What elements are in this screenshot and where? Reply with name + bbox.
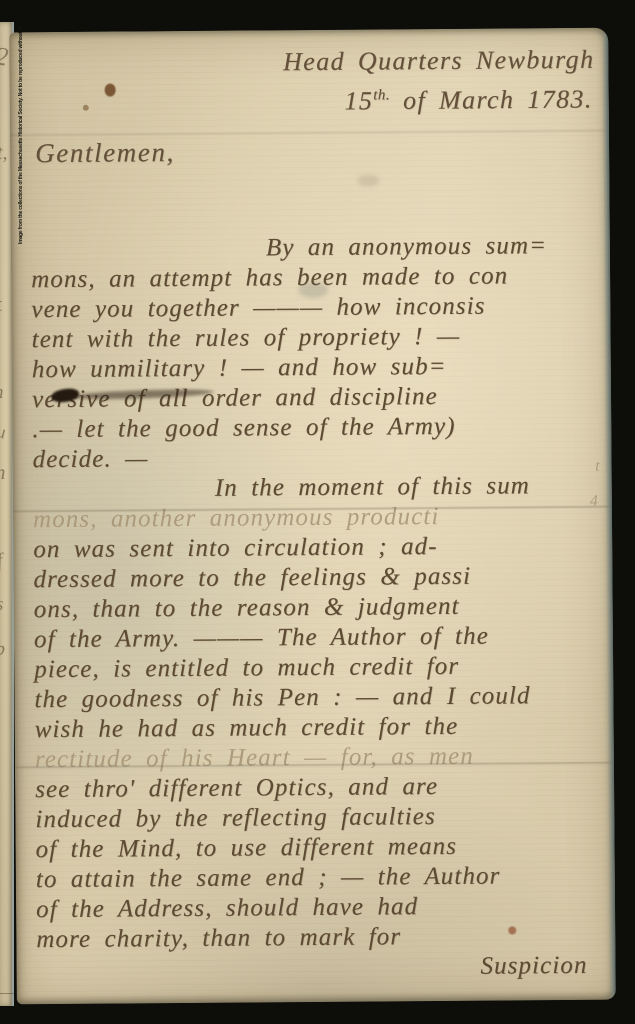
letter-line: how unmilitary ! — and how sub= [32, 351, 603, 385]
ink-fragment: t [0, 292, 3, 317]
paper-crease [10, 130, 609, 137]
letter-line: induced by the reflecting faculties [35, 801, 606, 835]
ink-fragment: b [0, 638, 6, 662]
letter-line: of the Mind, to use different means [35, 831, 606, 865]
photograph-background: 2 t, t n u h f s b — Image from the coll… [0, 0, 635, 1024]
showthrough-mark: 4 [590, 493, 598, 511]
photo-credit-text: Image from the collections of the Massac… [15, 26, 27, 244]
letter-line: piece, is entitled to much credit for [34, 651, 605, 685]
letter-line: dressed more to the feelings & passi [33, 561, 604, 595]
heading-date-day: 15 [344, 86, 373, 115]
catchword: Suspicion [36, 951, 607, 985]
letter-line: .— let the good sense of the Army) [32, 411, 603, 445]
heading-date-ordinal: th. [373, 87, 390, 103]
letter-line: of the Address, should have had [36, 891, 607, 925]
manuscript-page: Head Quarters Newburgh 15th. of March 17… [9, 28, 616, 1005]
stain [357, 174, 379, 186]
letter-line-faded: rectitude of his Heart — for, as men [35, 741, 606, 775]
stain [508, 926, 516, 934]
letter-line: tent with the rules of propriety ! — [31, 321, 602, 355]
letter-line: decide. — [32, 441, 603, 475]
letter-line: wish he had as much credit for the [35, 711, 606, 745]
photo-credit-strip: Image from the collections of the Massac… [13, 26, 27, 244]
ink-fragment: u [0, 422, 6, 445]
salutation: Gentlemen, [35, 137, 175, 169]
showthrough-mark: t [595, 458, 600, 476]
letter-line: In the moment of this sum [33, 471, 604, 505]
letter-heading: Head Quarters Newburgh 15th. of March 17… [9, 42, 595, 121]
letter-line: to attain the same end ; — the Author [36, 861, 607, 895]
ink-fragment: s [0, 594, 3, 616]
heading-date-rest: of March 1783. [403, 84, 593, 114]
letter-line: more charity, than to mark for [36, 921, 607, 955]
letter-line: the goodness of his Pen : — and I could [34, 681, 605, 715]
ink-fragment: f [0, 550, 4, 574]
letter-body: By an anonymous sum= mons, an attempt ha… [31, 231, 608, 985]
ink-fragment: t, [0, 142, 8, 165]
letter-line: ons, than to the reason & judgment [34, 591, 605, 625]
heading-place: Head Quarters Newburgh [9, 42, 594, 82]
letter-line: on was sent into circulation ; ad- [33, 531, 604, 565]
letter-line: By an anonymous sum= [31, 231, 602, 265]
ink-fragment: h [0, 460, 6, 485]
ink-fragment: n [0, 382, 4, 404]
ink-fragment: — [0, 982, 14, 1003]
heading-date: 15th. of March 1783. [10, 77, 595, 121]
stain [105, 84, 116, 97]
stain [83, 105, 89, 111]
letter-line: of the Army. ——— The Author of the [34, 621, 605, 655]
letter-line: see thro' different Optics, and are [35, 771, 606, 805]
